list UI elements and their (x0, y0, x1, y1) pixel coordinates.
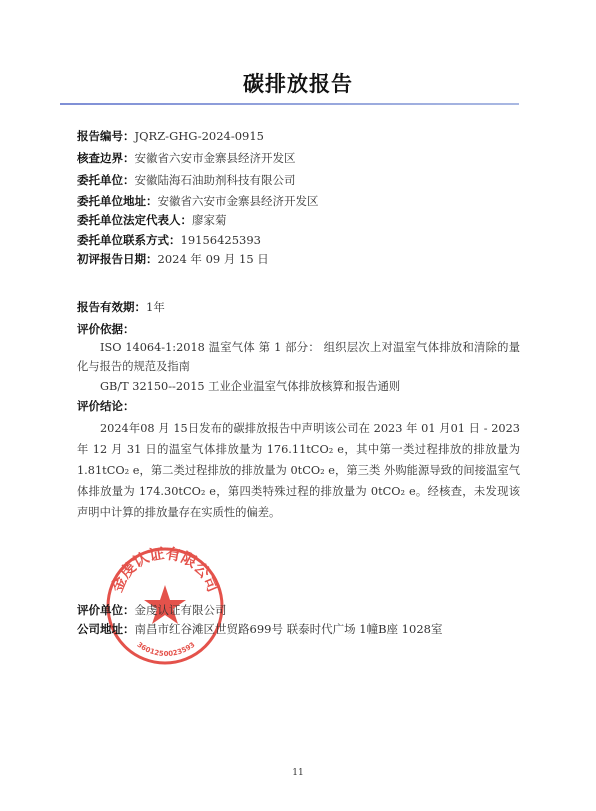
field-label: 委托单位法定代表人： (77, 213, 192, 227)
field-contact: 委托单位联系方式：19156425393 (77, 232, 261, 248)
field-value: 安徽省六安市金寨县经济开发区 (135, 151, 296, 165)
report-title: 碳排放报告 (0, 68, 596, 98)
field-report-date: 初评报告日期：2024 年 09 月 15 日 (77, 251, 269, 267)
section-label: 评价结论： (77, 399, 135, 413)
field-value: 1年 (146, 300, 165, 314)
conclusion-heading: 评价结论： (77, 398, 135, 414)
basis-item: ISO 14064-1:2018 温室气体 第 1 部分： 组织层次上对温室气体… (77, 338, 520, 376)
title-divider (60, 103, 519, 105)
field-value: JQRZ-GHG-2024-0915 (135, 129, 265, 143)
field-value: 安徽省六安市金寨县经济开发区 (158, 194, 319, 208)
basis-item: GB/T 32150--2015 工业企业温室气体排放核算和报告通则 (77, 377, 520, 396)
field-client: 委托单位：安徽陆海石油助剂科技有限公司 (77, 172, 296, 188)
field-label: 评价单位： (77, 603, 135, 617)
field-report-number: 报告编号：JQRZ-GHG-2024-0915 (77, 128, 264, 144)
field-label: 初评报告日期： (77, 252, 158, 266)
field-client-address: 委托单位地址：安徽省六安市金寨县经济开发区 (77, 193, 319, 209)
section-label: 评价依据： (77, 322, 135, 336)
field-company-address: 公司地址：南昌市红谷滩区世贸路699号 联泰时代广场 1幢B座 1028室 (77, 621, 442, 637)
field-validity: 报告有效期：1年 (77, 299, 165, 315)
field-value: 廖家菊 (192, 213, 227, 227)
field-legal-representative: 委托单位法定代表人：廖家菊 (77, 212, 227, 228)
field-label: 委托单位联系方式： (77, 233, 181, 247)
conclusion-text: 2024年08 月 15日发布的碳排放报告中声明该公司在 2023 年 01 月… (77, 418, 520, 523)
field-value: 19156425393 (181, 233, 261, 247)
field-value: 金虔认证有限公司 (135, 603, 227, 617)
field-verification-boundary: 核查边界：安徽省六安市金寨县经济开发区 (77, 150, 296, 166)
field-value: 安徽陆海石油助剂科技有限公司 (135, 173, 296, 187)
field-label: 公司地址： (77, 622, 135, 636)
page-number: 11 (0, 768, 596, 778)
svg-text:3601250023593: 3601250023593 (135, 641, 196, 658)
basis-heading: 评价依据： (77, 321, 135, 337)
field-label: 核查边界： (77, 151, 135, 165)
field-label: 委托单位地址： (77, 194, 158, 208)
field-label: 报告编号： (77, 129, 135, 143)
field-value: 2024 年 09 月 15 日 (158, 252, 269, 266)
field-value: 南昌市红谷滩区世贸路699号 联泰时代广场 1幢B座 1028室 (135, 622, 443, 636)
field-label: 报告有效期： (77, 300, 146, 314)
field-label: 委托单位： (77, 173, 135, 187)
field-evaluator: 评价单位：金虔认证有限公司 (77, 602, 227, 618)
